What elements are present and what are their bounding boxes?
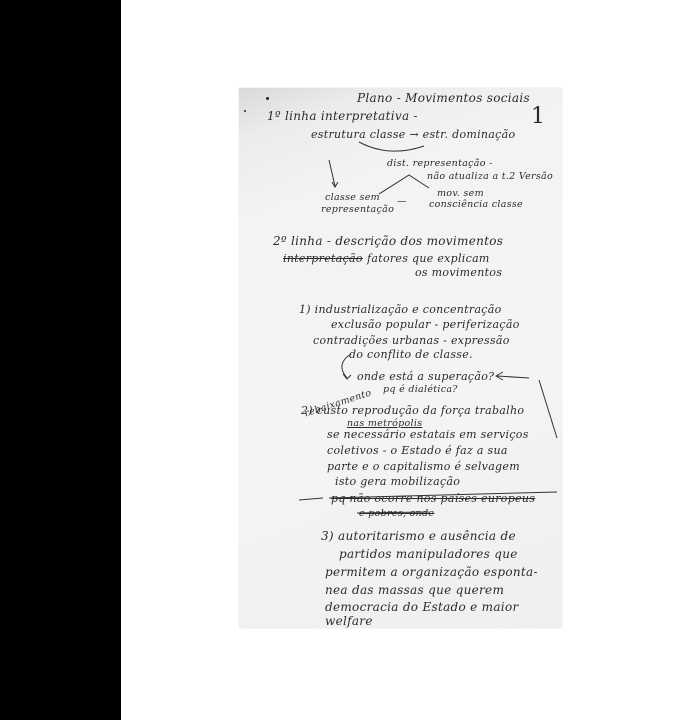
point1-e: onde está a superação? xyxy=(357,370,494,383)
diagram-left-1: classe sem xyxy=(325,192,380,203)
point3-c: permitem a organização esponta- xyxy=(325,566,538,579)
point2-d: parte e o capitalismo é selvagem xyxy=(327,460,520,473)
line2-sub-2: os movimentos xyxy=(415,266,502,279)
line2-heading: 2º linha - descrição dos movimentos xyxy=(273,235,503,248)
ink-dot xyxy=(244,110,246,112)
diagram-right-2b: consciência classe xyxy=(429,199,523,210)
point3-f: welfare xyxy=(325,615,373,628)
point3-b: partidos manipuladores que xyxy=(339,548,518,561)
left-black-bar xyxy=(0,0,121,720)
point1-b: exclusão popular - periferização xyxy=(331,318,520,331)
diagram-right-1: não atualiza a t.2 Versão xyxy=(427,171,553,182)
point3-a: 3) autoritarismo e ausência de xyxy=(321,530,516,543)
point1-a: 1) industrialização e concentração xyxy=(299,303,502,316)
line2-sub-1: fatores que explicam xyxy=(367,252,490,265)
handwritten-page: Plano - Movimentos sociais 1 1º linha in… xyxy=(239,88,562,628)
point2-c: coletivos - o Estado é faz a sua xyxy=(327,444,508,457)
page-number: 1 xyxy=(531,106,545,128)
viewer: Plano - Movimentos sociais 1 1º linha in… xyxy=(0,0,680,720)
point3-e: democracia do Estado e maior xyxy=(325,601,519,614)
diagram-right-2a: mov. sem xyxy=(437,188,484,199)
point2-struck-1: pq não ocorre nos países europeus xyxy=(331,492,535,505)
line2-struck: interpretação xyxy=(283,252,363,265)
point2-e: isto gera mobilização xyxy=(335,475,460,488)
point2-struck-2: e pobres, onde xyxy=(359,508,434,519)
diagram-left-2: representação xyxy=(321,204,394,215)
line1-sub: estrutura classe → estr. dominação xyxy=(311,128,515,141)
point2-b: se necessário estatais em serviços xyxy=(327,428,529,441)
point2-a: 2) custo reprodução da força trabalho xyxy=(301,404,524,417)
page-title: Plano - Movimentos sociais xyxy=(357,92,530,105)
point1-c: contradições urbanas - expressão xyxy=(313,334,510,347)
diagram-dash: — xyxy=(397,196,407,207)
point1-d: do conflito de classe. xyxy=(349,348,473,361)
point1-f: pq é dialética? xyxy=(383,384,458,395)
ink-dot xyxy=(266,97,269,100)
diagram-top: dist. representação - xyxy=(387,158,493,169)
point3-d: nea das massas que querem xyxy=(325,584,504,597)
line1-heading: 1º linha interpretativa - xyxy=(267,110,418,123)
